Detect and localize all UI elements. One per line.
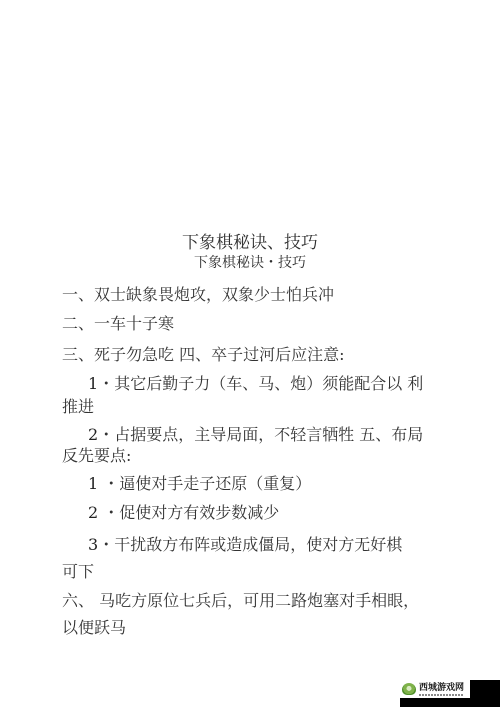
item-text: 推进 — [62, 397, 94, 416]
item-number: 1 — [88, 474, 98, 493]
item-4-2-cont: 反先要点: — [62, 446, 131, 466]
section-6-text: 以便跃马 — [62, 618, 126, 637]
section-1-text: 一、双士缺象畏炮攻，双象少士怕兵冲 — [62, 285, 334, 304]
section-6: 六、 马吃方原位七兵后，可用二路炮塞对手相眼， — [62, 591, 419, 611]
item-text: 反先要点: — [62, 446, 131, 465]
document-page: 下象棋秘诀、技巧 下象棋秘诀・技巧 一、双士缺象畏炮攻，双象少士怕兵冲 二、一车… — [0, 0, 500, 707]
item-4-2: 2・占据要点，主导局面，不轻言牺牲 五、布局 — [88, 425, 423, 445]
item-text: ・其它后勤子力（车、马、炮）须能配合以 利 — [98, 374, 423, 393]
leaf-logo-icon — [402, 683, 416, 695]
watermark-text-group: 西城游戏网 — [419, 683, 464, 696]
item-number: 2 — [88, 425, 98, 444]
section-6-text: 六、 马吃方原位七兵后，可用二路炮塞对手相眼， — [62, 591, 419, 610]
document-title: 下象棋秘诀、技巧 — [0, 233, 500, 253]
section-3-4-text: 三、死子勿急吃 四、卒子过河后应注意: — [62, 345, 344, 364]
document-subtitle: 下象棋秘诀・技巧 — [0, 255, 500, 272]
section-1: 一、双士缺象畏炮攻，双象少士怕兵冲 — [62, 285, 334, 305]
section-2-text: 二、一车十子寒 — [62, 314, 174, 333]
item-number: 2 — [88, 503, 98, 522]
item-5-3: 3・干扰敌方布阵或造成僵局，使对方无好棋 — [88, 535, 402, 555]
watermark-black-bar — [400, 698, 500, 707]
section-6-cont: 以便跃马 — [62, 618, 126, 638]
section-3-4: 三、死子勿急吃 四、卒子过河后应注意: — [62, 345, 344, 365]
item-text: ・干扰敌方布阵或造成僵局，使对方无好棋 — [98, 535, 402, 554]
item-5-3-cont: 可下 — [62, 562, 94, 582]
item-5-2: 2 ・促使对方有效步数减少 — [88, 503, 279, 523]
section-2: 二、一车十子寒 — [62, 314, 174, 334]
watermark-tagline — [419, 694, 463, 696]
item-text: 可下 — [62, 562, 94, 581]
watermark-site-name: 西城游戏网 — [419, 683, 464, 693]
item-4-1-cont: 推进 — [62, 397, 94, 417]
item-4-1: 1・其它后勤子力（车、马、炮）须能配合以 利 — [88, 374, 423, 394]
item-text: ・占据要点，主导局面，不轻言牺牲 五、布局 — [98, 425, 423, 444]
site-watermark: 西城游戏网 — [400, 680, 470, 698]
item-text: ・促使对方有效步数减少 — [98, 503, 279, 522]
item-5-1: 1 ・逼使对手走子还原（重复） — [88, 474, 311, 494]
item-number: 3 — [88, 535, 98, 554]
item-number: 1 — [88, 374, 98, 393]
item-text: ・逼使对手走子还原（重复） — [98, 474, 311, 493]
